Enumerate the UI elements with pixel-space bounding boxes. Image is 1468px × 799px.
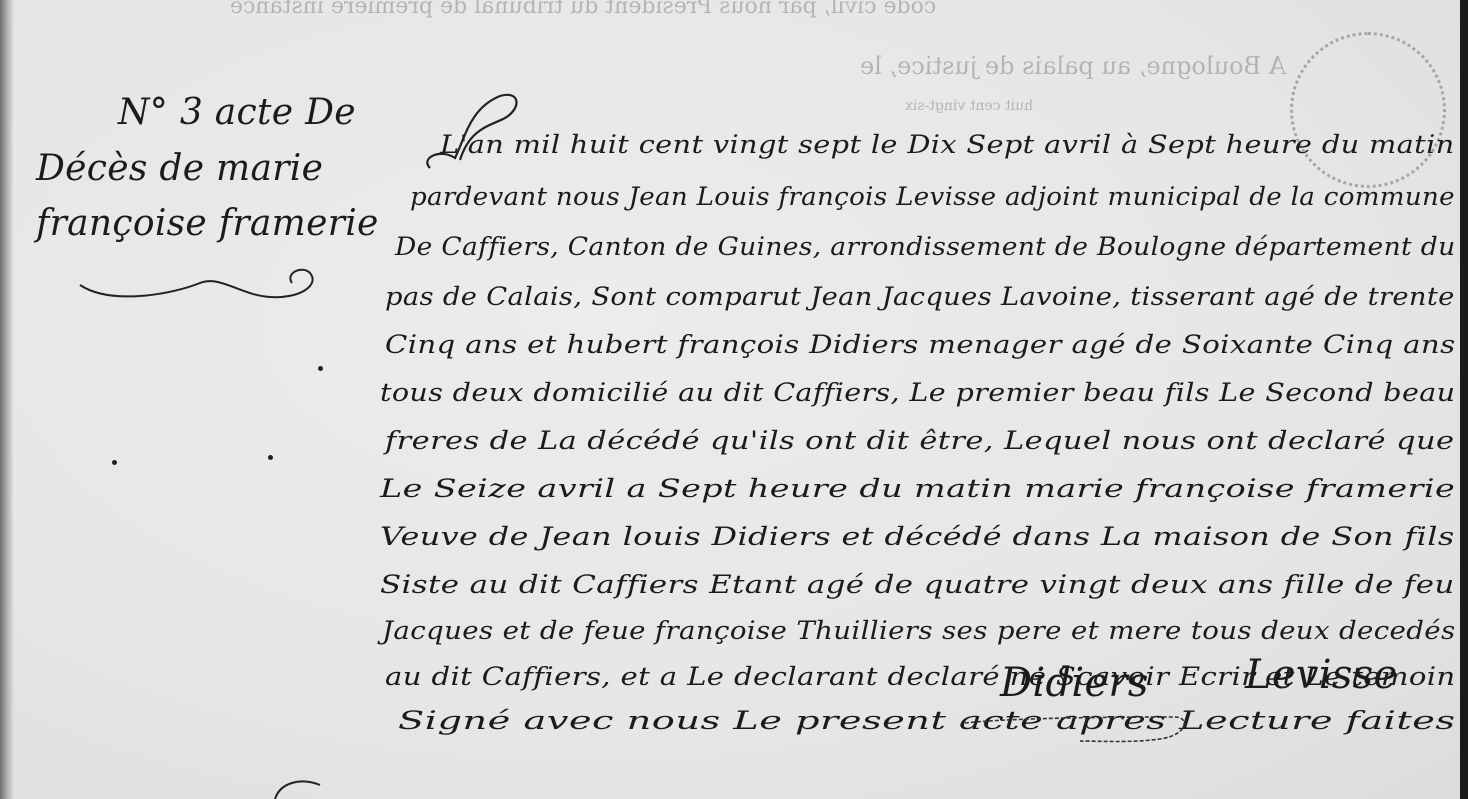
body-line-1: L'an mil huit cent vingt sept le Dix Sep… — [440, 130, 1455, 159]
body-line-8: Le Seize avril a Sept heure du matin mar… — [380, 474, 1455, 503]
signature-witness: Didiers — [1000, 660, 1149, 706]
body-line-4: pas de Calais, Sont comparut Jean Jacque… — [385, 282, 1455, 311]
body-line-11: Jacques et de feue françoise Thuilliers … — [382, 616, 1456, 645]
official-stamp-icon — [1290, 32, 1446, 188]
margin-note-line-1: N° 3 acte De — [118, 92, 356, 133]
page-binding-shadow — [0, 0, 14, 799]
document-page: code civil, par nous Président du tribun… — [0, 0, 1468, 799]
body-line-6: tous deux domicilié au dit Caffiers, Le … — [380, 378, 1455, 407]
next-entry-flourish-icon — [270, 775, 330, 799]
body-line-9: Veuve de Jean louis Didiers et décédé da… — [380, 522, 1455, 551]
body-line-13: Signé avec nous Le present acte apres Le… — [398, 706, 1456, 735]
body-line-10: Siste au dit Caffiers Etant agé de quatr… — [380, 570, 1455, 599]
body-line-2: pardevant nous Jean Louis françois Levis… — [410, 182, 1455, 211]
flourish-icon — [70, 265, 330, 305]
ink-spot — [268, 455, 273, 460]
body-line-7: freres de La décédé qu'ils ont dit être,… — [385, 426, 1454, 455]
bleed-through-text-2: A Boulogne, au palais de justice, le — [860, 52, 1286, 80]
margin-note-line-2: Décès de marie — [36, 148, 323, 189]
margin-note-line-3: françoise framerie — [36, 203, 379, 244]
ink-spot — [318, 366, 323, 371]
signature-flourish-icon — [960, 705, 1220, 745]
bleed-through-text-1: code civil, par nous Président du tribun… — [230, 0, 936, 19]
signature-official: Levisse — [1245, 652, 1397, 698]
body-line-3: De Caffiers, Canton de Guines, arrondiss… — [395, 232, 1455, 261]
body-line-5: Cinq ans et hubert françois Didiers mena… — [385, 330, 1455, 359]
ink-spot — [112, 460, 117, 465]
bleed-through-text-3: huit cent vingt-six — [905, 98, 1033, 114]
page-right-edge — [1460, 0, 1468, 799]
